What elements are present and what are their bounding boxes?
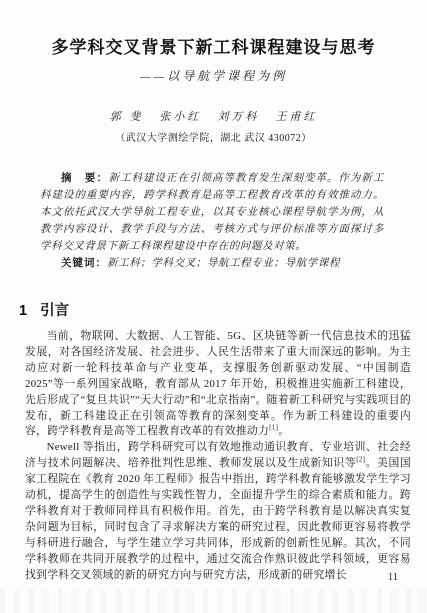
author-list: 郭 斐 张小红 刘万科 王甫红 — [0, 108, 427, 124]
body-paragraph-2: Newell 等指出，跨学科研究可以有效地推动通识教育、专业培训、社会经济与技术… — [25, 440, 411, 583]
paper-subtitle: ——以导航学课程为例 — [0, 67, 427, 84]
citation-ref-2: [2] — [356, 456, 365, 464]
section-number: 1 — [19, 303, 27, 319]
keywords-label: 关键词： — [61, 257, 107, 269]
keywords-line: 关键词：新工科；学科交叉；导航工程专业；导航学课程 — [40, 255, 384, 272]
scan-artifact — [0, 589, 427, 613]
author-name: 王甫红 — [275, 108, 317, 124]
paragraph-text: 。 — [278, 425, 289, 437]
author-name: 刘万科 — [217, 108, 259, 124]
page-number: 11 — [388, 572, 398, 583]
paragraph-text: Newell 等指出，跨学科研究可以有效地推动通识教育、专业培训、社会经济与技术… — [25, 441, 411, 469]
section-heading-text: 引言 — [40, 303, 69, 319]
affiliation: （武汉大学测绘学院，湖北 武汉 430072） — [0, 129, 427, 144]
author-name: 张小红 — [159, 108, 201, 124]
abstract-text: 新工科建设正在引领高等教育发生深刻变革。作为新工科建设的重要内容，跨学科教育是高… — [40, 173, 384, 252]
citation-ref-1: [1] — [269, 424, 278, 432]
body-paragraph-1: 当前，物联网、大数据、人工智能、5G、区块链等新一代信息技术的迅猛发展，对各国经… — [25, 329, 411, 440]
paragraph-text: 。美国国家工程院在《教育 2020 年工程师》报告中指出，跨学科教育能够激发学生… — [25, 457, 411, 580]
keywords-text: 新工科；学科交叉；导航工程专业；导航学课程 — [107, 258, 340, 269]
abstract-label: 摘 要： — [61, 172, 109, 184]
abstract-paragraph: 摘 要：新工科建设正在引领高等教育发生深刻变革。作为新工科建设的重要内容，跨学科… — [40, 170, 384, 255]
paragraph-text: 当前，物联网、大数据、人工智能、5G、区块链等新一代信息技术的迅猛发展，对各国经… — [25, 330, 411, 437]
paper-title: 多学科交叉背景下新工科课程建设与思考 — [10, 33, 417, 58]
paper-page: 多学科交叉背景下新工科课程建设与思考 ——以导航学课程为例 郭 斐 张小红 刘万… — [0, 0, 427, 613]
section-heading-introduction: 1引言 — [19, 299, 427, 320]
author-name: 郭 斐 — [110, 108, 144, 124]
